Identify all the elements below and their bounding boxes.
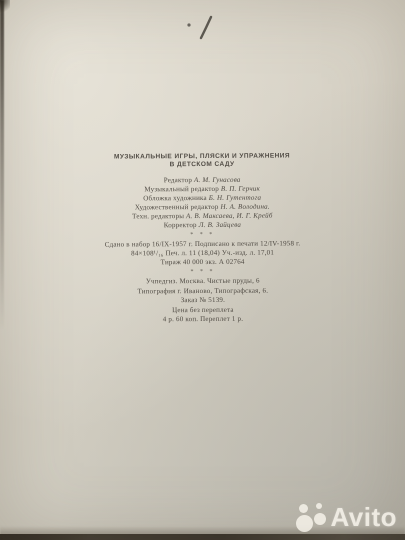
page-left-edge-shadow [0, 0, 4, 330]
credit-name: А. М. Гунасова [194, 176, 241, 184]
credit-name: Б. Н. Гутентога [209, 194, 261, 202]
credit-name: Л. В. Зайцева [199, 221, 241, 229]
avito-bubble-icon [299, 504, 308, 513]
avito-logo-icon [296, 503, 326, 532]
avito-bubble-icon [296, 515, 313, 532]
credit-name: В. П. Герчик [221, 185, 260, 193]
title-line-2: В ДЕТСКОМ САДУ [0, 160, 405, 170]
book-page-photo: МУЗЫКАЛЬНЫЕ ИГРЫ, ПЛЯСКИ И УПРАЖНЕНИЯ В … [0, 0, 405, 540]
book-title: МУЗЫКАЛЬНЫЕ ИГРЫ, ПЛЯСКИ И УПРАЖНЕНИЯ В … [0, 152, 405, 170]
staff-credits: Редактор А. М. Гунасова Музыкальный реда… [0, 175, 405, 231]
credit-role: Техн. редакторы [132, 212, 184, 220]
dark-background-strip [0, 534, 405, 540]
avito-bubble-icon [316, 503, 322, 509]
imprint-block: Сдано в набор 16/IX-1957 г. Подписано к … [0, 239, 405, 268]
publisher-block: Учпедгиз. Москва. Чистые пруды, 6 Типогр… [0, 276, 405, 326]
credit-role: Художественный редактор [135, 203, 219, 212]
page-corner-shadow [0, 0, 10, 14]
credit-role: Редактор [164, 176, 192, 184]
avito-bubble-icon [314, 513, 326, 525]
credit-role: Музыкальный редактор [144, 185, 219, 193]
colophon: МУЗЫКАЛЬНЫЕ ИГРЫ, ПЛЯСКИ И УПРАЖНЕНИЯ В … [0, 152, 405, 326]
credit-role: Корректор [164, 221, 197, 229]
avito-watermark: Avito [296, 503, 397, 532]
credit-name: Н. А. Володина. [220, 203, 269, 211]
credit-role: Обложка художника [143, 194, 207, 202]
handwritten-mark [175, 8, 225, 50]
credit-name: А. В. Максаева, И. Г. Крейб [186, 212, 273, 221]
price-value-line: 4 р. 60 коп. Переплет 1 р. [0, 314, 405, 326]
watermark-brand-text: Avito [330, 503, 397, 532]
